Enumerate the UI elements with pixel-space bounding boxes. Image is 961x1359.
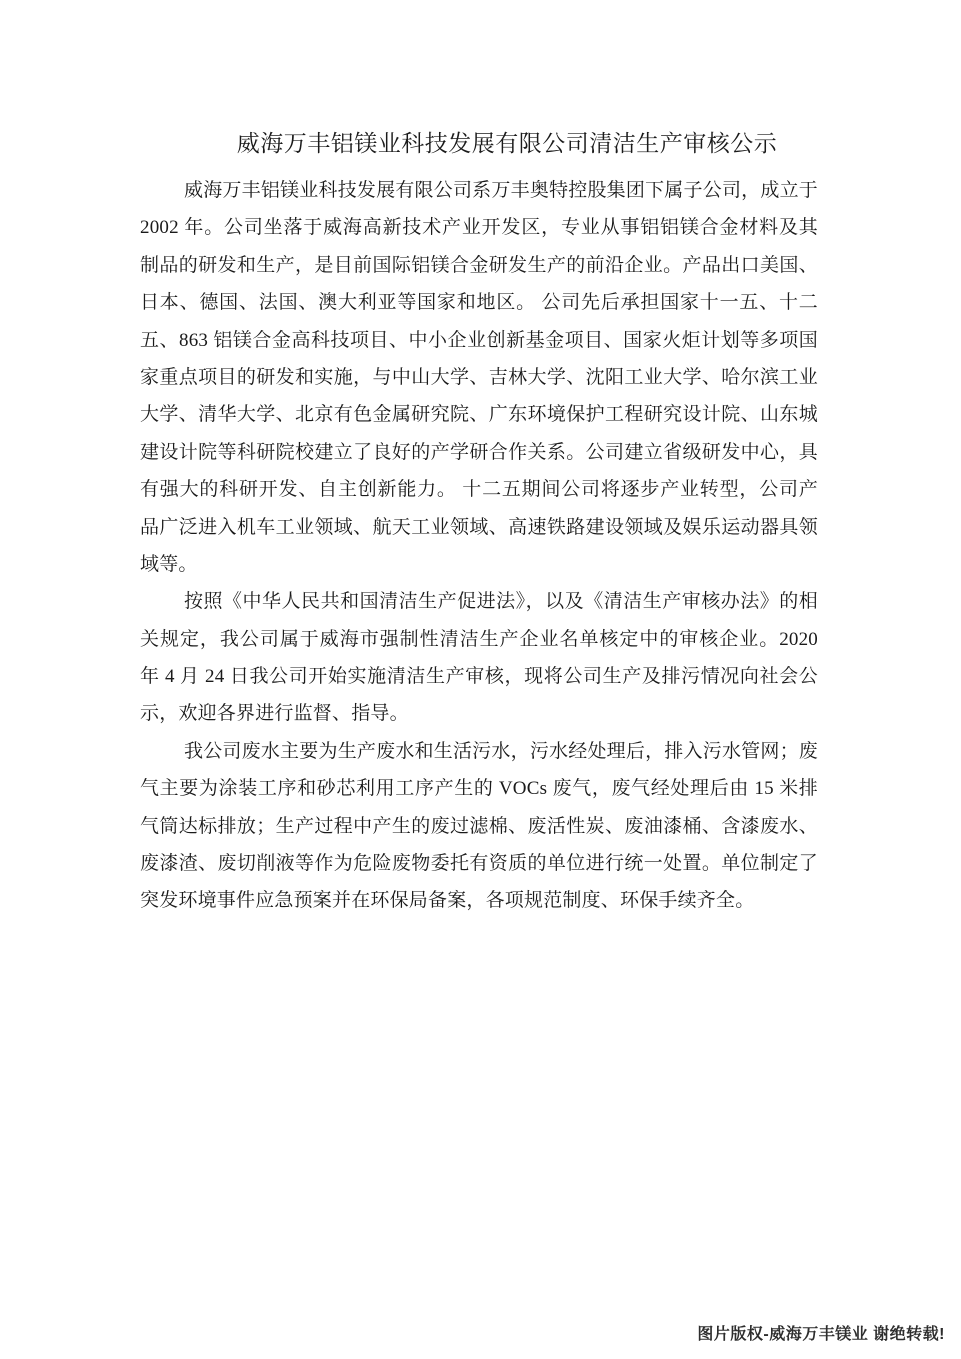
paragraph: 我公司废水主要为生产废水和生活污水，污水经处理后，排入污水管网；废气主要为涂装工… bbox=[140, 733, 818, 920]
text-line: 按照《中华人民共和国清洁生产促进法》，以及《清洁生产审核办法》的相 bbox=[140, 583, 818, 620]
text-line: 威海万丰铝镁业科技发展有限公司系万丰奥特控股集团下属子公司，成立于 bbox=[140, 172, 818, 209]
document-body: 威海万丰铝镁业科技发展有限公司系万丰奥特控股集团下属子公司，成立于2002 年。… bbox=[140, 172, 818, 920]
text-line: 气筒达标排放；生产过程中产生的废过滤棉、废活性炭、废油漆桶、含漆废水、 bbox=[140, 808, 818, 845]
document-page: 威海万丰铝镁业科技发展有限公司清洁生产审核公示 威海万丰铝镁业科技发展有限公司系… bbox=[0, 0, 961, 1359]
text-line: 气主要为涂装工序和砂芯利用工序产生的 VOCs 废气，废气经处理后由 15 米排 bbox=[140, 770, 818, 807]
paragraph: 威海万丰铝镁业科技发展有限公司系万丰奥特控股集团下属子公司，成立于2002 年。… bbox=[140, 172, 818, 583]
text-line: 建设计院等科研院校建立了良好的产学研合作关系。公司建立省级研发中心，具 bbox=[140, 434, 818, 471]
copyright-watermark: 图片版权-威海万丰镁业 谢绝转载! bbox=[697, 1325, 945, 1345]
text-line: 废漆渣、废切削液等作为危险废物委托有资质的单位进行统一处置。单位制定了 bbox=[140, 845, 818, 882]
text-line: 五、863 铝镁合金高科技项目、中小企业创新基金项目、国家火炬计划等多项国 bbox=[140, 322, 818, 359]
text-line: 我公司废水主要为生产废水和生活污水，污水经处理后，排入污水管网；废 bbox=[140, 733, 818, 770]
text-line: 2002 年。公司坐落于威海高新技术产业开发区，专业从事铝铝镁合金材料及其 bbox=[140, 209, 818, 246]
paragraph: 按照《中华人民共和国清洁生产促进法》，以及《清洁生产审核办法》的相关规定，我公司… bbox=[140, 583, 818, 733]
text-line: 关规定，我公司属于威海市强制性清洁生产企业名单核定中的审核企业。2020 bbox=[140, 621, 818, 658]
text-line: 域等。 bbox=[140, 546, 818, 583]
text-line: 年 4 月 24 日我公司开始实施清洁生产审核，现将公司生产及排污情况向社会公 bbox=[140, 658, 818, 695]
text-line: 家重点项目的研发和实施，与中山大学、吉林大学、沈阳工业大学、哈尔滨工业 bbox=[140, 359, 818, 396]
text-line: 品广泛进入机车工业领域、航天工业领域、高速铁路建设领域及娱乐运动器具领 bbox=[140, 509, 818, 546]
text-line: 大学、清华大学、北京有色金属研究院、广东环境保护工程研究设计院、山东城 bbox=[140, 396, 818, 433]
document-title: 威海万丰铝镁业科技发展有限公司清洁生产审核公示 bbox=[140, 124, 846, 164]
text-line: 示，欢迎各界进行监督、指导。 bbox=[140, 695, 818, 732]
text-line: 有强大的科研开发、自主创新能力。 十二五期间公司将逐步产业转型，公司产 bbox=[140, 471, 818, 508]
text-line: 突发环境事件应急预案并在环保局备案，各项规范制度、环保手续齐全。 bbox=[140, 882, 818, 919]
text-line: 制品的研发和生产，是目前国际铝镁合金研发生产的前沿企业。产品出口美国、 bbox=[140, 247, 818, 284]
text-line: 日本、德国、法国、澳大利亚等国家和地区。 公司先后承担国家十一五、十二 bbox=[140, 284, 818, 321]
